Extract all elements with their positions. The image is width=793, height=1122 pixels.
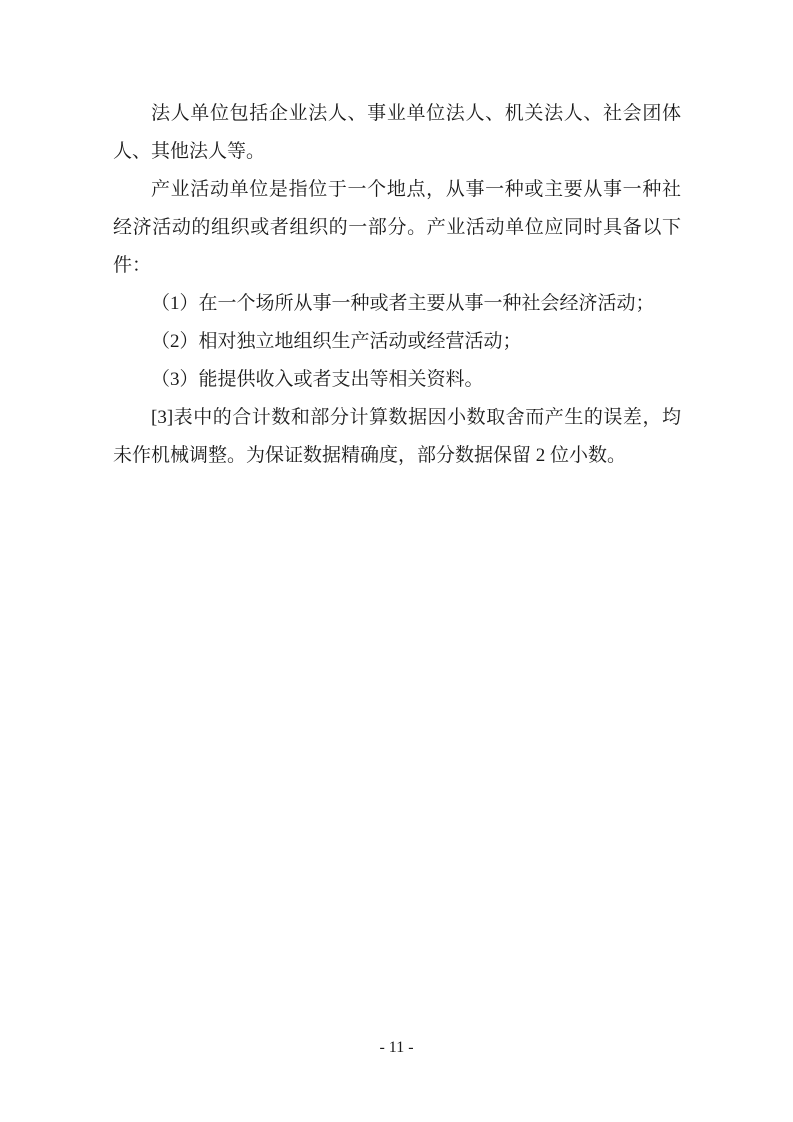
text-line: （3）能提供收入或者支出等相关资料。 bbox=[113, 361, 681, 399]
text-line: [3]表中的合计数和部分计算数据因小数取舍而产生的误差，均 bbox=[113, 399, 681, 437]
page-body: 法人单位包括企业法人、事业单位法人、机关法人、社会团体法 人、其他法人等。 产业… bbox=[113, 95, 681, 475]
text-line: 法人单位包括企业法人、事业单位法人、机关法人、社会团体法 bbox=[113, 95, 681, 133]
text-line: （1）在一个场所从事一种或者主要从事一种社会经济活动； bbox=[113, 285, 681, 323]
paragraph-industrial-activity-unit: 产业活动单位是指位于一个地点，从事一种或主要从事一种社会 经济活动的组织或者组织… bbox=[113, 171, 681, 285]
document-page: 法人单位包括企业法人、事业单位法人、机关法人、社会团体法 人、其他法人等。 产业… bbox=[0, 0, 793, 1122]
text-line: （2）相对独立地组织生产活动或经营活动； bbox=[113, 323, 681, 361]
text-line: 产业活动单位是指位于一个地点，从事一种或主要从事一种社会 bbox=[113, 171, 681, 209]
paragraph-condition-2: （2）相对独立地组织生产活动或经营活动； bbox=[113, 323, 681, 361]
paragraph-legal-person-units: 法人单位包括企业法人、事业单位法人、机关法人、社会团体法 人、其他法人等。 bbox=[113, 95, 681, 171]
text-line: 经济活动的组织或者组织的一部分。产业活动单位应同时具备以下条 bbox=[113, 209, 681, 247]
text-line: 件： bbox=[113, 247, 681, 285]
paragraph-condition-3: （3）能提供收入或者支出等相关资料。 bbox=[113, 361, 681, 399]
paragraph-condition-1: （1）在一个场所从事一种或者主要从事一种社会经济活动； bbox=[113, 285, 681, 323]
paragraph-footnote-3: [3]表中的合计数和部分计算数据因小数取舍而产生的误差，均 未作机械调整。为保证… bbox=[113, 399, 681, 475]
text-line: 人、其他法人等。 bbox=[113, 133, 681, 171]
text-line: 未作机械调整。为保证数据精确度，部分数据保留 2 位小数。 bbox=[113, 437, 681, 475]
page-number: - 11 - bbox=[0, 1036, 793, 1060]
